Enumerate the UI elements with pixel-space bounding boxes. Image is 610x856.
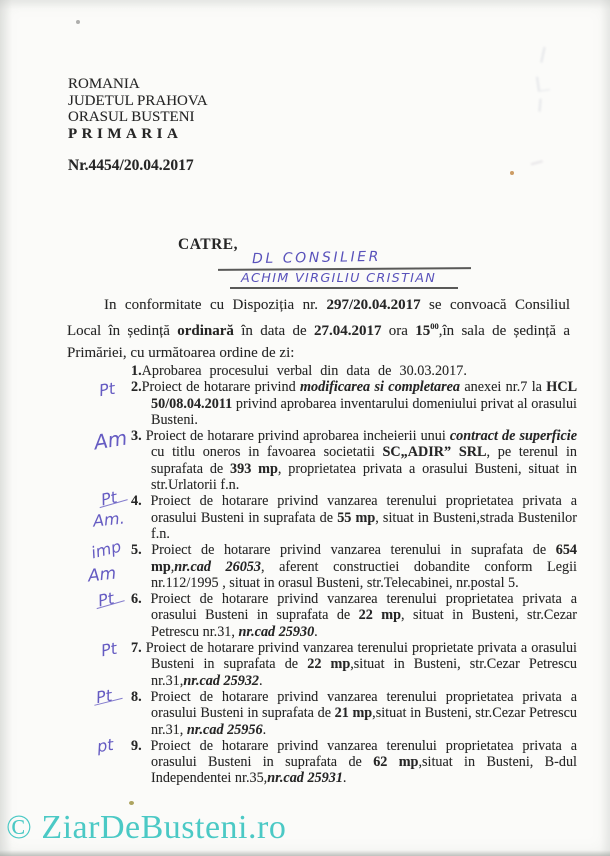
scanned-document-page: ROMANIA JUDETUL PRAHOVA ORASUL BUSTENI P… (0, 0, 610, 856)
handwritten-recipient-title: DL CONSILIER (252, 249, 381, 267)
scan-speck (129, 801, 134, 805)
scan-bottom-edge (0, 850, 610, 856)
agenda-item-5: 5. Proiect de hotarare privind vanzarea … (131, 542, 577, 591)
handwritten-margin-note: Pt (99, 639, 118, 661)
handwritten-margin-note: Am. (92, 508, 125, 530)
agenda-item-3: 3. Proiect de hotarare privind aprobarea… (131, 428, 577, 493)
agenda-list: 1.Aprobarea procesului verbal din data d… (131, 363, 577, 787)
bleedthrough-mark (536, 75, 550, 92)
handwritten-margin-note: Pt (94, 686, 113, 707)
handwritten-margin-note: pt (96, 735, 115, 756)
agenda-item-7: 7. Proiect de hotarare privind vanzarea … (131, 640, 577, 689)
handwritten-margin-note: Am (92, 426, 129, 455)
bleedthrough-mark (527, 147, 543, 166)
bleedthrough-mark (532, 45, 545, 63)
document-number: Nr.4454/20.04.2017 (68, 157, 194, 175)
agenda-item-8: 8. Proiect de hotarare privind vanzarea … (131, 689, 577, 738)
handwritten-margin-note: Am (87, 564, 117, 587)
bleedthrough-mark (538, 99, 548, 113)
handwritten-recipient-name: ACHIM VIRGILIU CRISTIAN (241, 271, 436, 286)
handwritten-margin-note: Pt (97, 379, 116, 400)
agenda-item-1: 1.Aprobarea procesului verbal din data d… (131, 363, 577, 379)
recipient-underline (230, 287, 458, 289)
letterhead-county: JUDETUL PRAHOVA (68, 93, 208, 110)
letterhead-institution: PRIMARIA (68, 126, 208, 143)
letterhead: ROMANIA JUDETUL PRAHOVA ORASUL BUSTENI P… (68, 76, 208, 142)
watermark-text: © ZiarDeBusteni.ro (6, 809, 286, 847)
agenda-item-4: 4. Proiect de hotarare privind vanzarea … (131, 493, 577, 542)
scan-speck (510, 171, 514, 175)
scan-speck (76, 20, 80, 24)
letterhead-city: ORASUL BUSTENI (68, 109, 208, 126)
agenda-item-6: 6. Proiect de hotarare privind vanzarea … (131, 591, 577, 640)
handwritten-margin-note: Pt (96, 589, 116, 611)
salutation-label: CATRE, (178, 236, 238, 254)
letterhead-country: ROMANIA (68, 76, 208, 93)
agenda-item-2: 2.Proiect de hotarare privind modificare… (131, 379, 577, 428)
agenda-item-9: 9. Proiect de hotarare privind vanzarea … (131, 738, 577, 787)
handwritten-margin-note: Pt (99, 488, 119, 510)
intro-paragraph: In conformitate cu Dispoziția nr. 297/20… (67, 295, 570, 364)
handwritten-margin-note: imp (89, 537, 123, 563)
